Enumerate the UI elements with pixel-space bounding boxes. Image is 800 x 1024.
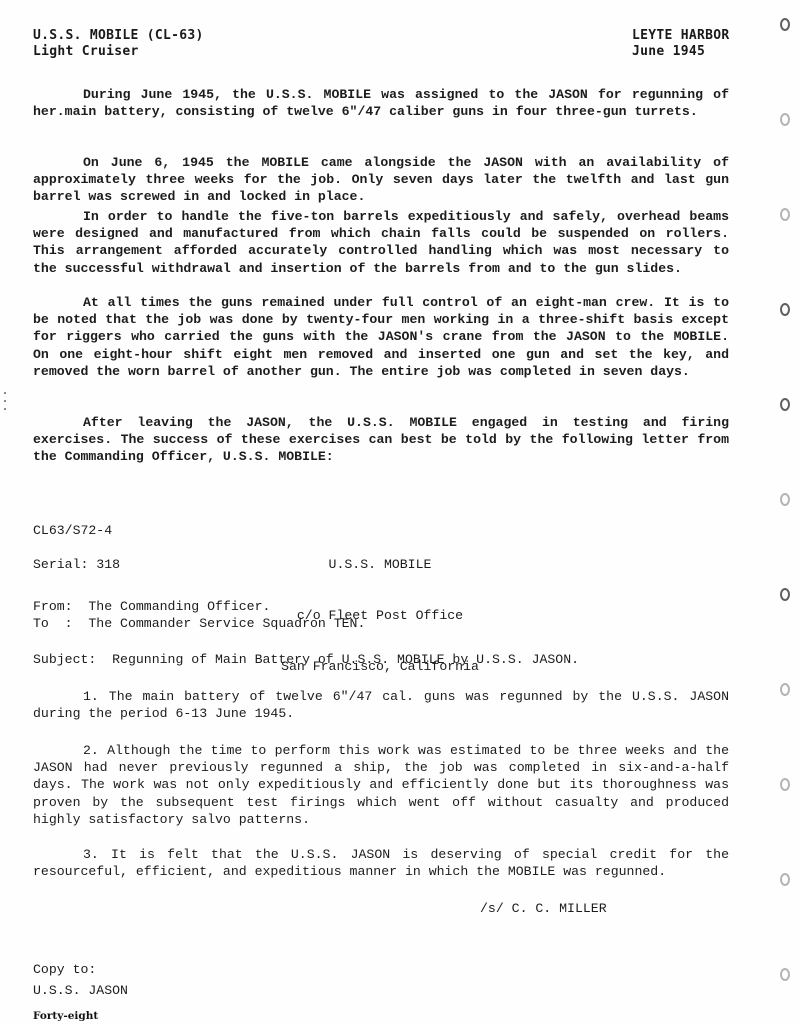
ship-name: U.S.S. MOBILE (CL-63) [33, 28, 204, 44]
binder-hole-mark [780, 113, 790, 126]
narrative-paragraph: On June 6, 1945 the MOBILE came alongsid… [33, 154, 729, 206]
copy-to-label: Copy to: [33, 961, 96, 978]
location: LEYTE HARBOR [632, 28, 730, 44]
letter-paragraph: 3. It is felt that the U.S.S. JASON is d… [33, 846, 729, 880]
location-heading: LEYTE HARBOR June 1945 [632, 28, 730, 60]
to-line: To : The Commander Service Squadron TEN. [33, 615, 365, 632]
binder-hole-mark [780, 968, 790, 981]
binder-hole-mark [780, 873, 790, 886]
serial-number: Serial: 318 [33, 556, 120, 573]
document-page: U.S.S. MOBILE (CL-63) Light Cruiser LEYT… [0, 0, 800, 1024]
binder-hole-mark [780, 493, 790, 506]
file-reference: CL63/S72-4 [33, 522, 112, 539]
page-number-label: Forty-eight [33, 1010, 98, 1022]
binder-hole-mark [780, 398, 790, 411]
scan-speck [4, 392, 6, 394]
ship-heading: U.S.S. MOBILE (CL-63) Light Cruiser [33, 28, 204, 60]
heading-date: June 1945 [632, 44, 730, 60]
narrative-paragraph: At all times the guns remained under ful… [33, 294, 729, 380]
ship-type: Light Cruiser [33, 44, 204, 60]
narrative-paragraph: During June 1945, the U.S.S. MOBILE was … [33, 86, 729, 120]
narrative-paragraph: After leaving the JASON, the U.S.S. MOBI… [33, 414, 729, 466]
from-line: From: The Commanding Officer. [33, 598, 270, 615]
binder-hole-mark [780, 208, 790, 221]
copy-to-recipient: U.S.S. JASON [33, 982, 128, 999]
binder-hole-mark [780, 18, 790, 31]
subject-line: Subject: Regunning of Main Battery of U.… [33, 651, 579, 668]
letter-paragraph: 1. The main battery of twelve 6"/47 cal.… [33, 688, 729, 722]
binder-hole-mark [780, 683, 790, 696]
signature: /s/ C. C. MILLER [480, 900, 607, 917]
binder-hole-mark [780, 778, 790, 791]
binder-hole-mark [780, 588, 790, 601]
narrative-paragraph: In order to handle the five-ton barrels … [33, 208, 729, 277]
scan-speck [4, 400, 6, 402]
address-line: U.S.S. MOBILE [270, 556, 490, 573]
binder-hole-mark [780, 303, 790, 316]
scan-speck [4, 408, 6, 410]
letter-paragraph: 2. Although the time to perform this wor… [33, 742, 729, 828]
